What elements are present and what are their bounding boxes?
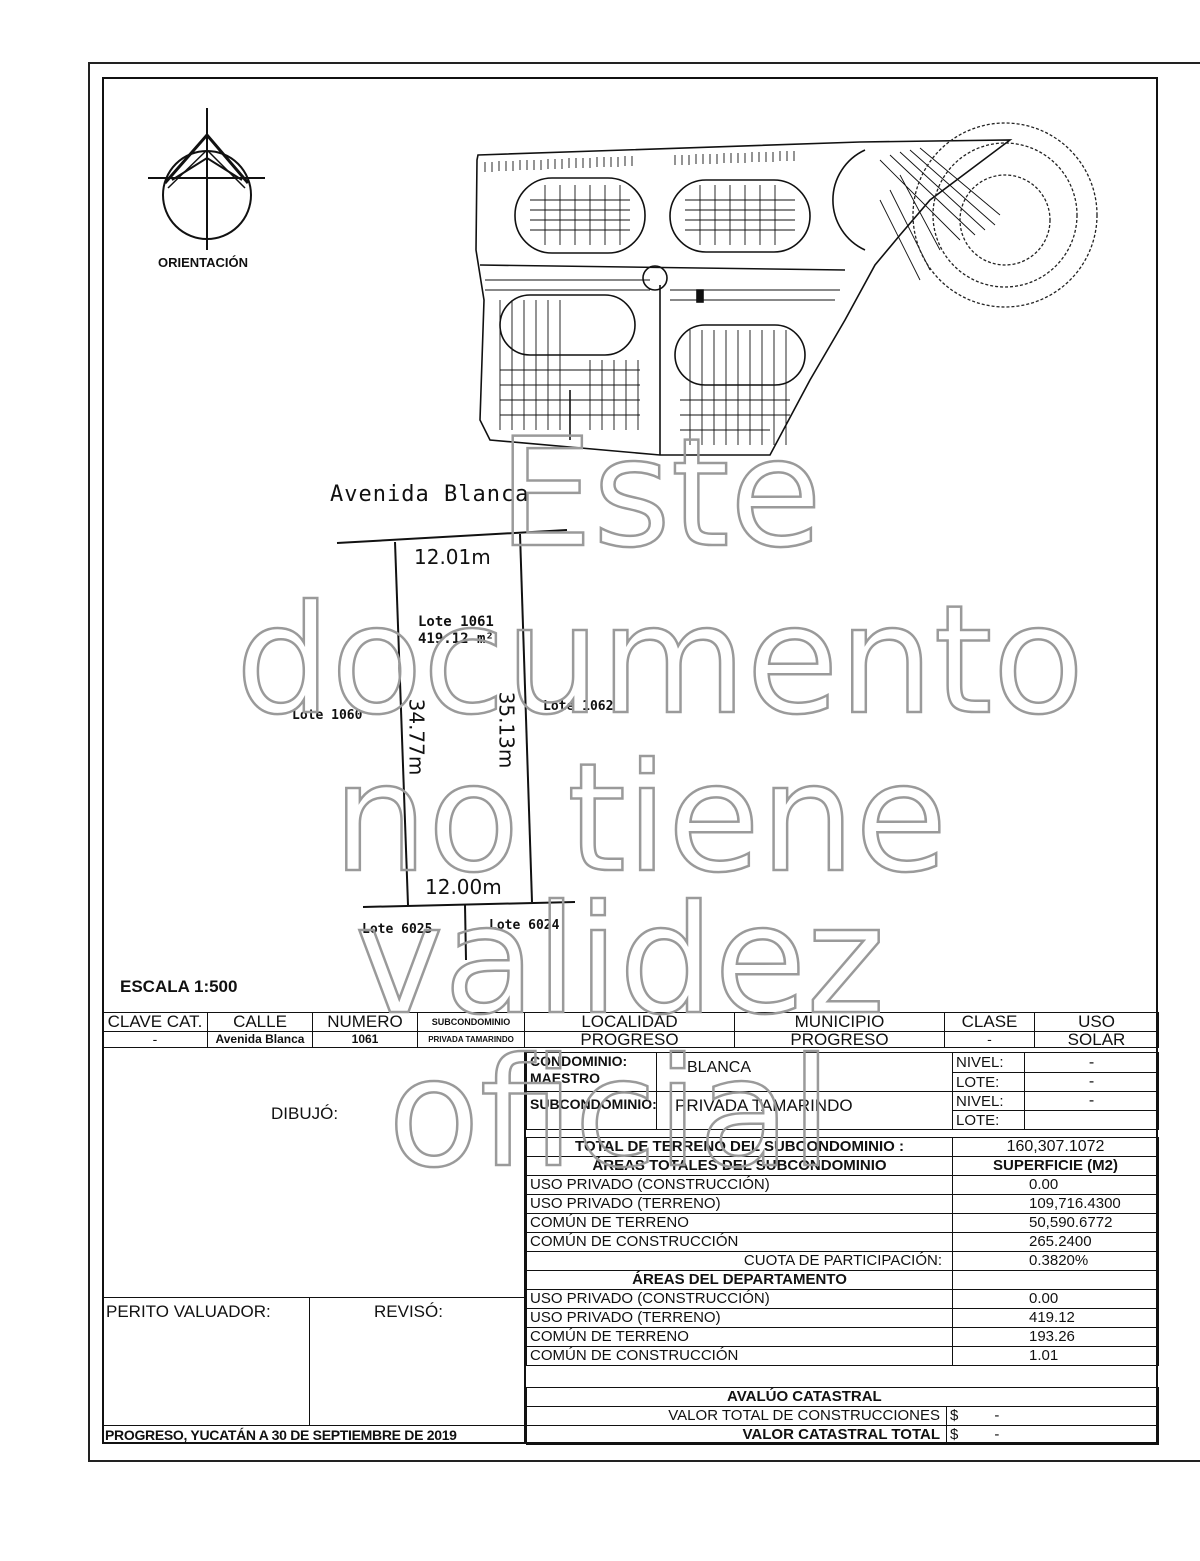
area-row: COMÚN DE TERRENO 50,590.6772 xyxy=(527,1214,1159,1233)
depto-row: COMÚN DE TERRENO 193.26 xyxy=(527,1328,1159,1347)
front-dimension: 12.01m xyxy=(414,545,491,569)
col-subcondominio: SUBCONDOMINIO xyxy=(418,1013,525,1032)
total-terreno-label: TOTAL DE TERRENO DEL SUBCONDOMINIO : xyxy=(527,1138,953,1157)
dibujo-label: DIBUJÓ: xyxy=(271,1104,338,1124)
sub-nivel-value: - xyxy=(1025,1092,1159,1111)
maestro-lote-value: - xyxy=(1025,1073,1159,1092)
signature-block: DIBUJÓ: PERITO VALUADOR: REVISÓ: xyxy=(103,1052,524,1425)
lot-name: Lote 1061 xyxy=(418,614,494,630)
subcondominio-label: SUBCONDOMINIO: xyxy=(527,1092,657,1130)
area-row: USO PRIVADO (TERRENO) 109,716.4300 xyxy=(527,1195,1159,1214)
clave-cat-value: - xyxy=(103,1032,208,1048)
right-dimension: 35.13m xyxy=(494,692,518,769)
areas-depto-label: ÁREAS DEL DEPARTAMENTO xyxy=(527,1271,953,1290)
street-label: Avenida Blanca xyxy=(330,482,529,507)
valor-construcciones-label: VALOR TOTAL DE CONSTRUCCIONES xyxy=(527,1407,947,1426)
calle-value: Avenida Blanca xyxy=(208,1032,313,1048)
area-row: COMÚN DE CONSTRUCCIÓN 265.2400 xyxy=(527,1233,1159,1252)
col-municipio: MUNICIPIO xyxy=(735,1013,945,1032)
col-localidad: LOCALIDAD xyxy=(525,1013,735,1032)
uso-value: SOLAR xyxy=(1035,1032,1159,1048)
municipio-value: PROGRESO xyxy=(735,1032,945,1048)
left-dimension: 34.77m xyxy=(404,699,428,776)
valor-construcciones-value: $- xyxy=(947,1407,1159,1426)
maestro-nivel-value: - xyxy=(1025,1053,1159,1073)
clase-value: - xyxy=(945,1032,1035,1048)
neighbor-lot-left: Lote 1060 xyxy=(292,708,362,723)
col-calle: CALLE xyxy=(208,1013,313,1032)
col-uso: USO xyxy=(1035,1013,1159,1032)
avaluo-label: AVALÚO CATASTRAL xyxy=(527,1388,1159,1407)
subcondominio-value: PRIVADA TAMARINDO xyxy=(657,1092,953,1130)
maestro-lote-label: LOTE: xyxy=(953,1073,1025,1092)
condominio-table: CONDOMINIO:MAESTRO BLANCA NIVEL: - LOTE:… xyxy=(526,1052,1159,1130)
property-header-table: CLAVE CAT. CALLE NUMERO SUBCONDOMINIO LO… xyxy=(102,1012,1159,1048)
north-compass-icon xyxy=(148,108,265,250)
sub-lote-value xyxy=(1025,1111,1159,1130)
neighbor-lot-back-left: Lote 6025 xyxy=(362,922,432,937)
subcondominio-value: PRIVADA TAMARINDO xyxy=(418,1032,525,1048)
reviso-box: REVISÓ: xyxy=(310,1298,524,1425)
area-row: USO PRIVADO (CONSTRUCCIÓN) 0.00 xyxy=(527,1176,1159,1195)
valor-catastral-label: VALOR CATASTRAL TOTAL xyxy=(527,1426,947,1445)
scale-label: ESCALA 1:500 xyxy=(120,977,237,997)
cuota-label: CUOTA DE PARTICIPACIÓN: xyxy=(527,1252,953,1271)
areas-totales-label: ÁREAS TOTALES DEL SUBCONDOMINIO xyxy=(527,1157,953,1176)
depto-row: USO PRIVADO (CONSTRUCCIÓN) 0.00 xyxy=(527,1290,1159,1309)
maestro-nivel-label: NIVEL: xyxy=(953,1053,1025,1073)
numero-value: 1061 xyxy=(313,1032,418,1048)
place-date: PROGRESO, YUCATÁN A 30 DE SEPTIEMBRE DE … xyxy=(103,1425,524,1444)
neighbor-lot-right: Lote 1062 xyxy=(543,699,613,714)
avaluo-table: AVALÚO CATASTRAL VALOR TOTAL DE CONSTRUC… xyxy=(526,1387,1159,1445)
header-row: CLAVE CAT. CALLE NUMERO SUBCONDOMINIO LO… xyxy=(103,1013,1159,1032)
condominio-maestro-label: CONDOMINIO:MAESTRO xyxy=(527,1053,657,1092)
depto-row: COMÚN DE CONSTRUCCIÓN 1.01 xyxy=(527,1347,1159,1366)
sub-lote-label: LOTE: xyxy=(953,1111,1025,1130)
cuota-value: 0.3820% xyxy=(953,1252,1159,1271)
site-plan-map xyxy=(476,140,1010,455)
neighbor-lot-back-right: Lote 6024 xyxy=(489,918,559,933)
lot-area: 419.12 m² xyxy=(418,631,494,647)
perito-box: PERITO VALUADOR: xyxy=(103,1298,310,1425)
valor-catastral-value: $- xyxy=(947,1426,1159,1445)
localidad-value: PROGRESO xyxy=(525,1032,735,1048)
back-dimension: 12.00m xyxy=(425,875,502,899)
superficie-label: SUPERFICIE (M2) xyxy=(953,1157,1159,1176)
areas-table: TOTAL DE TERRENO DEL SUBCONDOMINIO : 160… xyxy=(526,1137,1159,1366)
orientation-label: ORIENTACIÓN xyxy=(158,255,248,270)
depto-row: USO PRIVADO (TERRENO) 419.12 xyxy=(527,1309,1159,1328)
notary-seal-icon xyxy=(913,123,1097,307)
condominio-maestro-value: BLANCA xyxy=(657,1053,953,1092)
sub-nivel-label: NIVEL: xyxy=(953,1092,1025,1111)
dibujo-box: DIBUJÓ: xyxy=(103,1052,524,1298)
col-clave-cat: CLAVE CAT. xyxy=(103,1013,208,1032)
total-terreno-value: 160,307.1072 xyxy=(953,1138,1159,1157)
col-clase: CLASE xyxy=(945,1013,1035,1032)
col-numero: NUMERO xyxy=(313,1013,418,1032)
values-row: - Avenida Blanca 1061 PRIVADA TAMARINDO … xyxy=(103,1032,1159,1048)
perito-label: PERITO VALUADOR: xyxy=(106,1302,271,1322)
reviso-label: REVISÓ: xyxy=(374,1302,443,1322)
